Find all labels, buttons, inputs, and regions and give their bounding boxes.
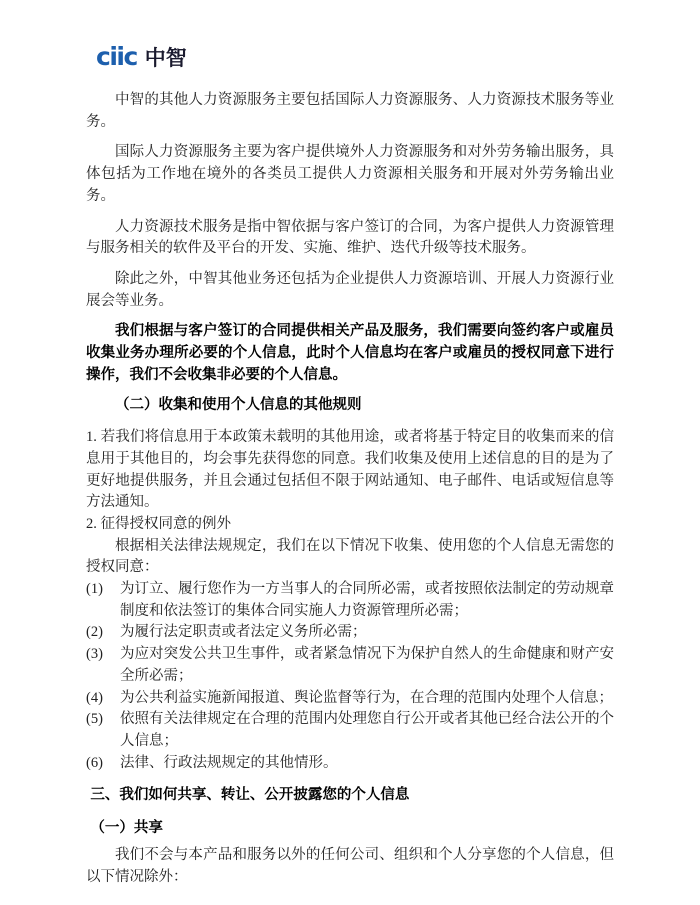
heading-subsection-1-share: （一）共享 xyxy=(86,818,614,840)
heading-section-2-rules: （二）收集和使用个人信息的其他规则 xyxy=(86,395,614,417)
document-body: 中智的其他人力资源服务主要包括国际人力资源服务、人力资源技术服务等业务。 国际人… xyxy=(86,90,614,888)
list-item-number: (2) xyxy=(86,622,120,644)
list-item-number: (1) xyxy=(86,579,120,622)
list-item-text: 法律、行政法规规定的其他情形。 xyxy=(120,753,614,775)
logo-chinese-text: 中智 xyxy=(145,45,187,71)
list-item: (4) 为公共利益实施新闻报道、舆论监督等行为，在合理的范围内处理个人信息； xyxy=(86,688,614,710)
list-item: (6) 法律、行政法规规定的其他情形。 xyxy=(86,753,614,775)
list-item-number: (6) xyxy=(86,753,120,775)
paragraph-other-business: 除此之外，中智其他业务还包括为企业提供人力资源培训、开展人力资源行业展会等业务。 xyxy=(86,269,614,312)
list-item: (1) 为订立、履行您作为一方当事人的合同所必需，或者按照依法制定的劳动规章制度… xyxy=(86,579,614,622)
list-item-text: 为订立、履行您作为一方当事人的合同所必需，或者按照依法制定的劳动规章制度和依法签… xyxy=(120,579,614,622)
list-item: (5) 依照有关法律规定在合理的范围内处理您自行公开或者其他已经合法公开的个人信… xyxy=(86,709,614,752)
paragraph-hr-technology: 人力资源技术服务是指中智依据与客户签订的合同，为客户提供人力资源管理与服务相关的… xyxy=(86,217,614,260)
document-page: ciic 中智 中智的其他人力资源服务主要包括国际人力资源服务、人力资源技术服务… xyxy=(0,0,700,905)
list-item: (2) 为履行法定职责或者法定义务所必需； xyxy=(86,622,614,644)
list-item: (3) 为应对突发公共卫生事件，或者紧急情况下为保护自然人的生命健康和财产安全所… xyxy=(86,644,614,687)
paragraph-rule-2-intro: 根据相关法律法规规定，我们在以下情况下收集、使用您的个人信息无需您的授权同意： xyxy=(86,536,614,579)
paragraph-other-hr-services: 中智的其他人力资源服务主要包括国际人力资源服务、人力资源技术服务等业务。 xyxy=(86,90,614,133)
paragraph-rule-1: 1. 若我们将信息用于本政策未载明的其他用途，或者将基于特定目的收集而来的信息用… xyxy=(86,427,614,514)
exception-list: (1) 为订立、履行您作为一方当事人的合同所必需，或者按照依法制定的劳动规章制度… xyxy=(86,579,614,774)
paragraph-international-hr: 国际人力资源服务主要为客户提供境外人力资源服务和对外劳务输出服务，具体包括为工作… xyxy=(86,142,614,207)
list-item-text: 为公共利益实施新闻报道、舆论监督等行为，在合理的范围内处理个人信息； xyxy=(120,688,614,710)
list-item-number: (3) xyxy=(86,644,120,687)
list-item-number: (4) xyxy=(86,688,120,710)
list-item-text: 为履行法定职责或者法定义务所必需； xyxy=(120,622,614,644)
list-item-number: (5) xyxy=(86,709,120,752)
logo-latin-text: ciic xyxy=(96,44,137,70)
paragraph-contract-bold: 我们根据与客户签订的合同提供相关产品及服务，我们需要向签约客户或雇员收集业务办理… xyxy=(86,321,614,386)
ciic-logo: ciic 中智 xyxy=(96,44,614,70)
heading-section-3-share: 三、我们如何共享、转让、公开披露您的个人信息 xyxy=(86,785,614,807)
list-item-text: 依照有关法律规定在合理的范围内处理您自行公开或者其他已经合法公开的个人信息； xyxy=(120,709,614,752)
paragraph-share-intro: 我们不会与本产品和服务以外的任何公司、组织和个人分享您的个人信息，但以下情况除外… xyxy=(86,845,614,888)
list-item-text: 为应对突发公共卫生事件，或者紧急情况下为保护自然人的生命健康和财产安全所必需； xyxy=(120,644,614,687)
paragraph-rule-2-title: 2. 征得授权同意的例外 xyxy=(86,514,614,536)
